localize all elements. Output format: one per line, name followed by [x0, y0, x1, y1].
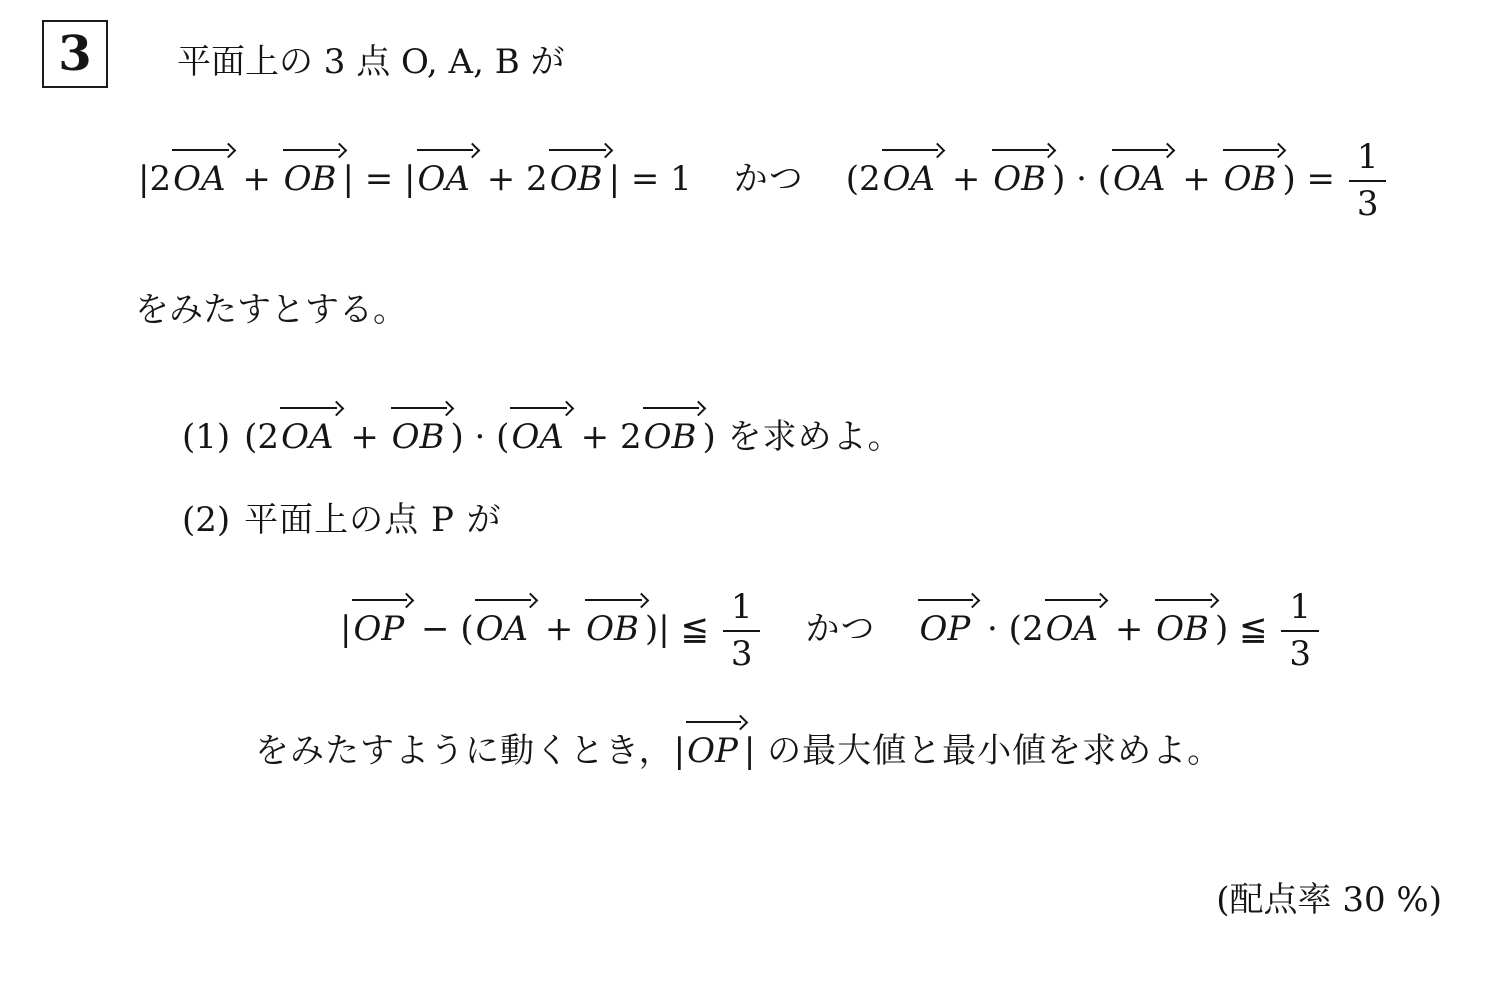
fraction-numerator: 1 [723, 588, 761, 630]
math-text: ) = [1282, 159, 1345, 199]
vector-ob-with-arrow-icon: OB [282, 140, 343, 201]
math-text: | [674, 731, 685, 771]
math-text: | = 1 [609, 159, 692, 199]
fraction-numerator: 1 [1349, 138, 1387, 180]
condition-formula-2: |OP − (OA + OB)| ≦ 13かつOP · (2OA + OB) ≦… [340, 588, 1322, 674]
problem-number: 3 [58, 26, 91, 82]
vector-oa-with-arrow-icon: OA [1044, 590, 1104, 651]
fraction: 13 [723, 588, 761, 674]
condition-formula-1: |2OA + OB| = |OA + 2OB| = 1かつ(2OA + OB) … [138, 138, 1389, 224]
math-text: )| ≦ [645, 609, 720, 649]
vector-oa-with-arrow-icon: OA [1111, 140, 1171, 201]
math-text: + [941, 159, 991, 199]
question-2-text: 平面上の点 P が [244, 500, 502, 540]
question-1-label: (1) [182, 417, 230, 457]
vector-oa-with-arrow-icon: OA [416, 140, 476, 201]
vector-ob-with-arrow-icon: OB [642, 398, 703, 459]
conclusion-text: をみたすように動くとき，|OP| の最大値と最小値を求めよ。 [255, 712, 1222, 773]
math-text: ) ≦ [1215, 609, 1278, 649]
math-text: |2 [138, 159, 171, 199]
japanese-text: かつ [734, 159, 804, 199]
math-text: | [744, 731, 755, 771]
math-text: + 2 [570, 417, 642, 457]
fraction-numerator: 1 [1281, 588, 1319, 630]
problem-number-box: 3 [42, 20, 108, 88]
vector-oa-with-arrow-icon: OA [279, 398, 339, 459]
fraction-denominator: 3 [1281, 630, 1319, 674]
japanese-text: かつ [805, 609, 875, 649]
math-text: + [1171, 159, 1221, 199]
vector-ob-with-arrow-icon: OB [991, 140, 1052, 201]
intro-text: 平面上の 3 点 O, A, B が [177, 40, 565, 84]
math-text: ) · ( [450, 417, 509, 457]
vector-ob-with-arrow-icon: OB [390, 398, 451, 459]
vector-op-with-arrow-icon: OP [917, 590, 976, 651]
japanese-text: の最大値と最小値を求めよ。 [755, 731, 1222, 771]
question-2-label: (2) [182, 500, 230, 540]
math-text: + [232, 159, 282, 199]
math-text: (2 [244, 417, 279, 457]
vector-oa-with-arrow-icon: OA [474, 590, 534, 651]
japanese-text: をみたすように動くとき， [255, 731, 674, 771]
math-text: (2 [846, 159, 881, 199]
math-text: + [534, 609, 584, 649]
vector-ob-with-arrow-icon: OB [584, 590, 645, 651]
math-text: + [1104, 609, 1154, 649]
math-text: ) [702, 417, 715, 457]
math-text: + 2 [476, 159, 548, 199]
vector-op-with-arrow-icon: OP [351, 590, 410, 651]
japanese-text: を求めよ。 [716, 417, 903, 457]
math-text: + [340, 417, 390, 457]
question-2: (2)平面上の点 P が [182, 498, 502, 542]
vector-ob-with-arrow-icon: OB [1222, 140, 1283, 201]
math-text: | [340, 609, 351, 649]
vector-oa-with-arrow-icon: OA [881, 140, 941, 201]
vector-op-with-arrow-icon: OP [685, 712, 744, 773]
question-1: (1)(2OA + OB) · (OA + 2OB) を求めよ。 [182, 398, 903, 459]
vector-oa-with-arrow-icon: OA [509, 398, 569, 459]
vector-ob-with-arrow-icon: OB [1154, 590, 1215, 651]
vector-ob-with-arrow-icon: OB [548, 140, 609, 201]
vector-oa-with-arrow-icon: OA [171, 140, 231, 201]
math-text: ) · ( [1052, 159, 1111, 199]
math-text: · (2 [976, 609, 1043, 649]
fraction-denominator: 3 [1349, 180, 1387, 224]
fraction-denominator: 3 [723, 630, 761, 674]
math-text: | = | [343, 159, 416, 199]
score-note: (配点率 30 %) [1216, 872, 1442, 921]
fraction: 13 [1281, 588, 1319, 674]
after-condition-text: をみたすとする。 [135, 288, 407, 332]
math-text: − ( [410, 609, 473, 649]
question-1-formula: (2OA + OB) · (OA + 2OB) を求めよ。 [244, 417, 902, 457]
fraction: 13 [1349, 138, 1387, 224]
